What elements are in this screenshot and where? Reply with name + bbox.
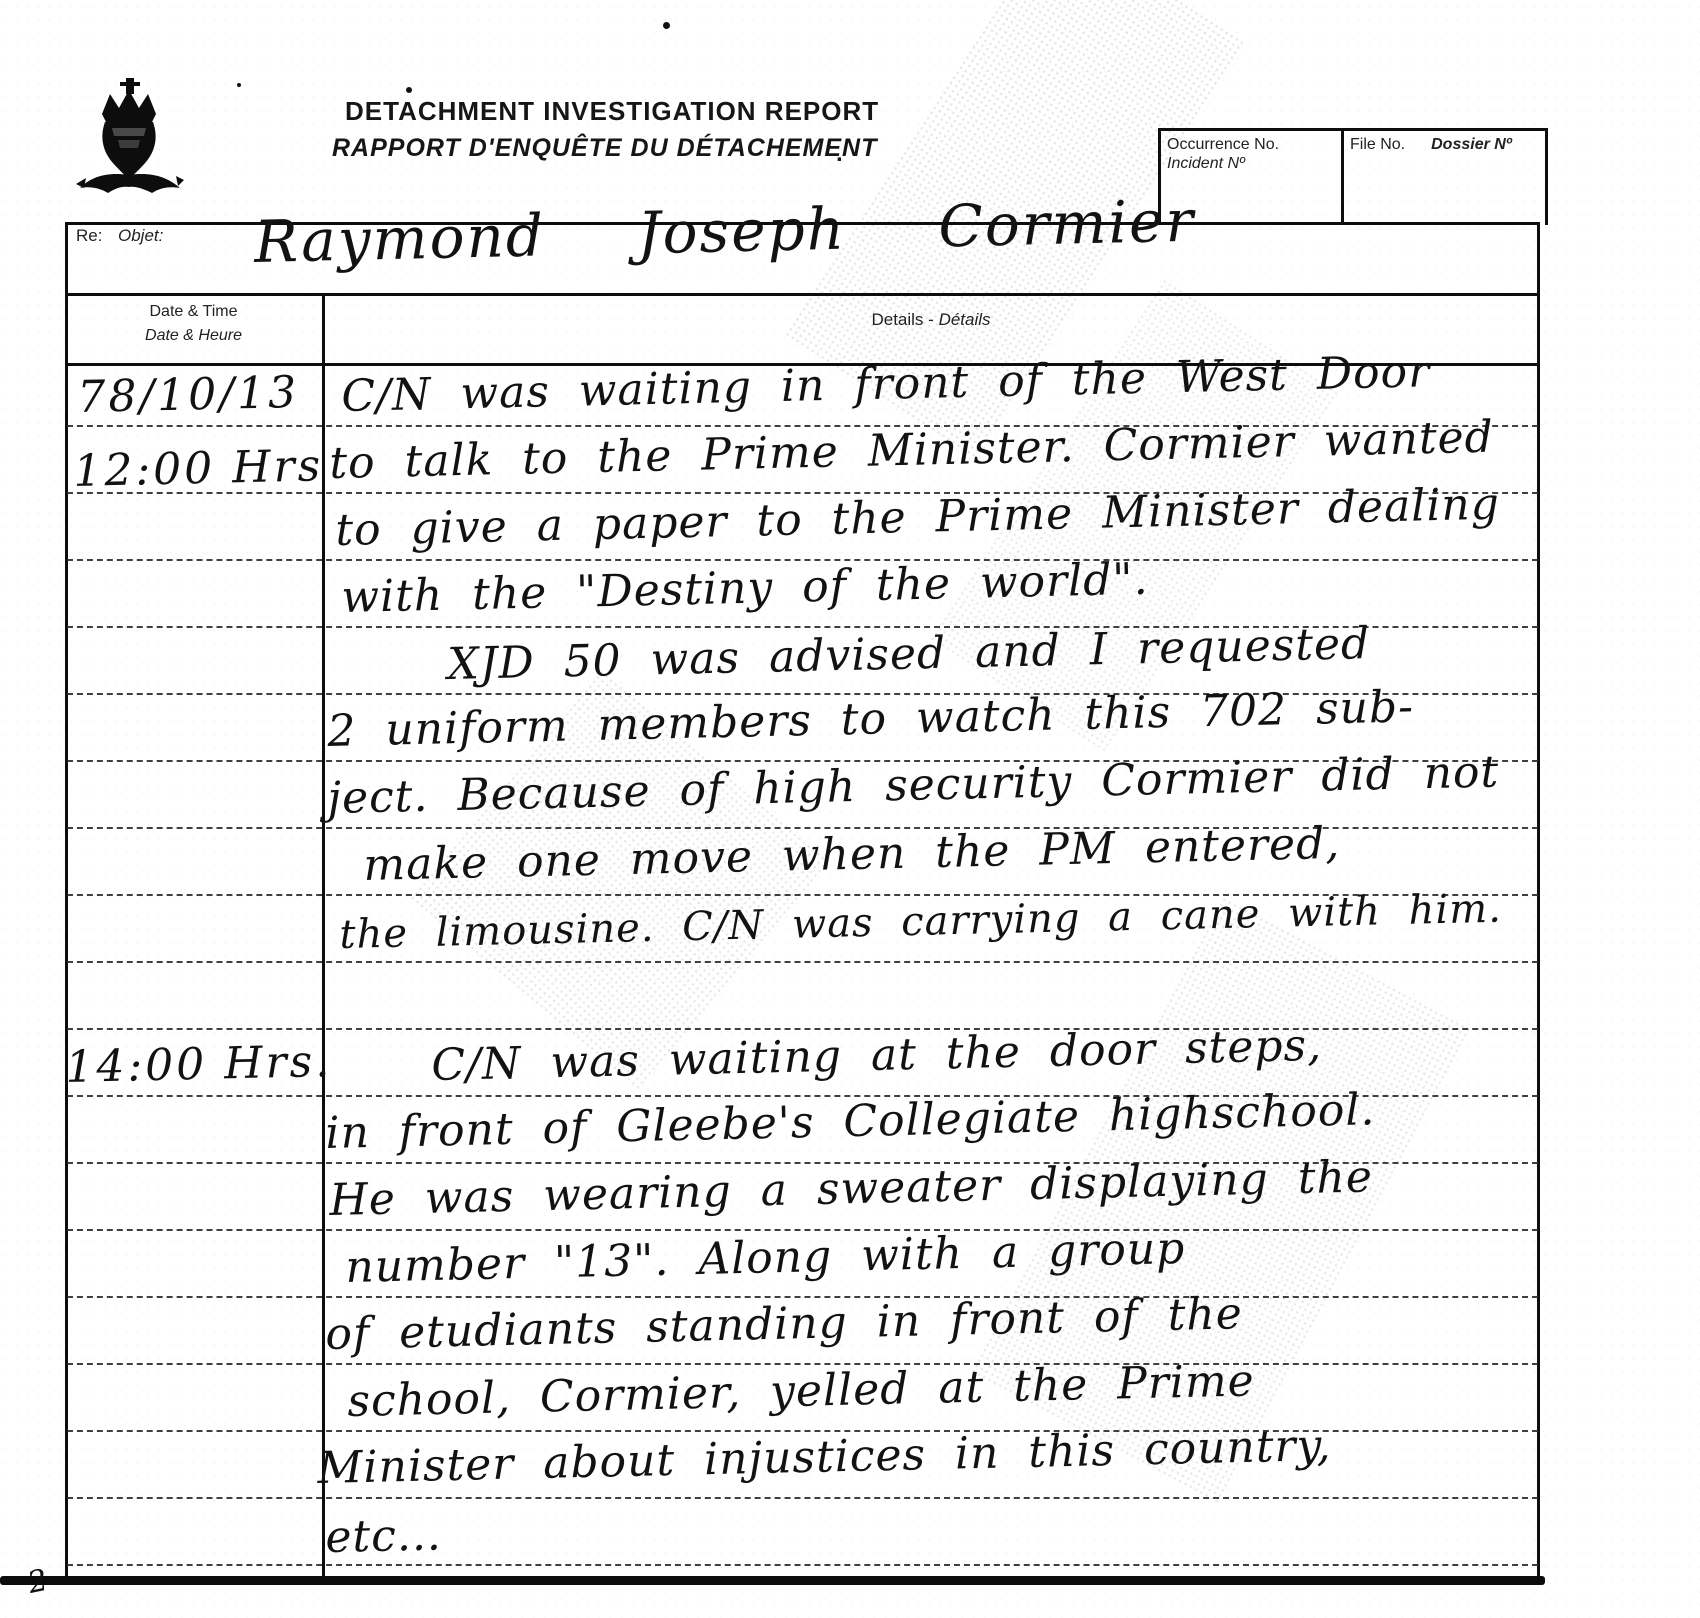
rule-line (67, 1564, 1538, 1566)
details-label-en: Details - (871, 310, 933, 329)
entry1-date: 78/10/13 (77, 367, 300, 423)
stray-mark (406, 87, 412, 93)
report-title-english: DETACHMENT INVESTIGATION REPORT (345, 96, 879, 127)
title-stray-period: . (836, 140, 843, 168)
page-bottom-border (0, 1576, 1545, 1585)
dossier-no-label: Dossier Nº (1431, 136, 1512, 153)
report-title-french: RAPPORT D'ENQUÊTE DU DÉTACHEMENT (332, 134, 877, 163)
detachment-investigation-report-page: DETACHMENT INVESTIGATION REPORT RAPPORT … (0, 0, 1700, 1618)
rule-line (67, 1497, 1538, 1499)
rcmp-crest-icon (72, 76, 190, 208)
stray-mark (663, 22, 670, 29)
stray-mark (237, 83, 241, 87)
entry2-time: 14:00 Hrs. (65, 1036, 333, 1093)
handwriting-line: etc... (325, 1509, 442, 1563)
file-no-label: File No. (1350, 136, 1405, 153)
entry1-time: 12:00 Hrs (73, 440, 324, 497)
date-time-column-header: Date & Time Date & Heure (65, 300, 322, 348)
date-time-label-en: Date & Time (65, 300, 322, 324)
rule-line (67, 961, 1538, 963)
subject-row-underline (65, 293, 1540, 296)
objet-label: Objet: (118, 226, 163, 246)
re-label: Re: (76, 226, 102, 246)
incident-no-label: Incident Nº (1167, 154, 1335, 173)
date-time-label-fr: Date & Heure (65, 324, 322, 348)
details-label-fr: Détails (939, 310, 991, 329)
details-column-header: Details - Détails (322, 310, 1540, 330)
reference-number-box: Occurrence No. Incident Nº File No.Dossi… (1158, 128, 1548, 225)
file-number-cell: File No.Dossier Nº (1344, 131, 1545, 225)
page-mark: 2 (25, 1563, 51, 1601)
occurrence-no-label: Occurrence No. (1167, 135, 1335, 154)
